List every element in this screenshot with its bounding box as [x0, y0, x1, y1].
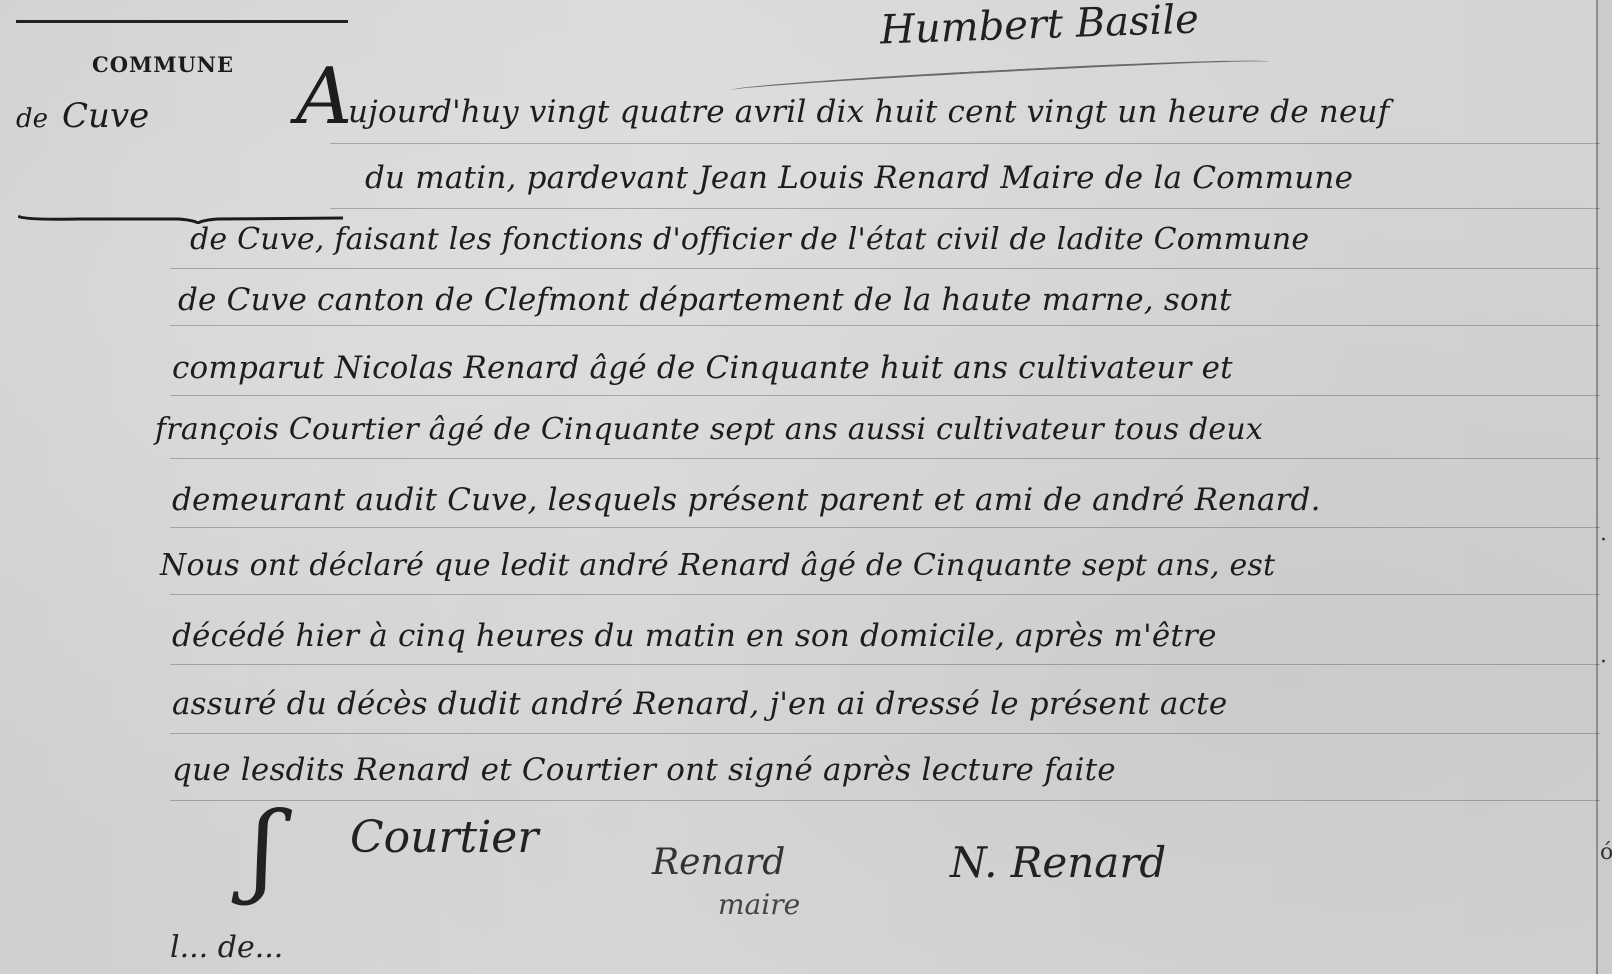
body-line: assuré du décès dudit andré Renard, j'en… — [172, 686, 1227, 722]
body-line: du matin, pardevant Jean Louis Renard Ma… — [365, 160, 1353, 196]
signature-n-renard: N. Renard — [950, 838, 1166, 887]
ruled-line — [330, 208, 1600, 209]
body-line: de Cuve, faisant les fonctions d'officie… — [190, 222, 1309, 257]
next-entry-partial-text: l... de... — [170, 930, 283, 965]
body-line: comparut Nicolas Renard âgé de Cinquante… — [172, 350, 1233, 386]
signature-maire-title: maire — [718, 888, 800, 921]
body-line: françois Courtier âgé de Cinquante sept … — [155, 412, 1263, 447]
annotation-flourish — [730, 56, 1270, 96]
ruled-line — [170, 733, 1600, 734]
right-margin-ink-mark: · — [1600, 650, 1607, 675]
body-line: de Cuve canton de Clefmont département d… — [178, 282, 1232, 318]
body-line: ujourd'huy vingt quatre avril dix huit c… — [348, 94, 1389, 130]
commune-prefix: de — [16, 104, 48, 134]
commune-name: deCuve — [16, 96, 149, 136]
ruled-line — [330, 143, 1600, 144]
body-line: Nous ont déclaré que ledit andré Renard … — [160, 548, 1275, 583]
commune-name-text: Cuve — [62, 96, 149, 136]
document-page: COMMUNE deCuve Humbert Basile A ujourd'h… — [0, 0, 1612, 974]
ruled-line — [170, 325, 1600, 326]
body-initial-letter: A — [296, 52, 352, 142]
right-margin-ink-mark: · — [1600, 528, 1607, 553]
ruled-line — [170, 800, 1600, 801]
ruled-line — [170, 594, 1600, 595]
body-line: demeurant audit Cuve, lesquels présent p… — [172, 482, 1321, 518]
signature-courtier: Courtier — [350, 812, 538, 863]
header-rule — [16, 20, 348, 23]
marginal-name-annotation: Humbert Basile — [879, 0, 1199, 54]
ruled-line — [170, 458, 1600, 459]
body-line: décédé hier à cinq heures du matin en so… — [172, 618, 1217, 654]
body-line: que lesdits Renard et Courtier ont signé… — [172, 752, 1116, 788]
right-margin-rule — [1596, 0, 1598, 974]
ruled-line — [170, 664, 1600, 665]
right-margin-ink-mark: ó — [1600, 840, 1612, 865]
commune-header-label: COMMUNE — [92, 52, 234, 77]
ruled-line — [170, 395, 1600, 396]
right-margin-strip — [1598, 0, 1612, 974]
ruled-line — [170, 527, 1600, 528]
paraph-flourish: ʃ — [250, 790, 277, 907]
signature-renard-maire: Renard — [652, 842, 785, 883]
ruled-line — [170, 268, 1600, 269]
